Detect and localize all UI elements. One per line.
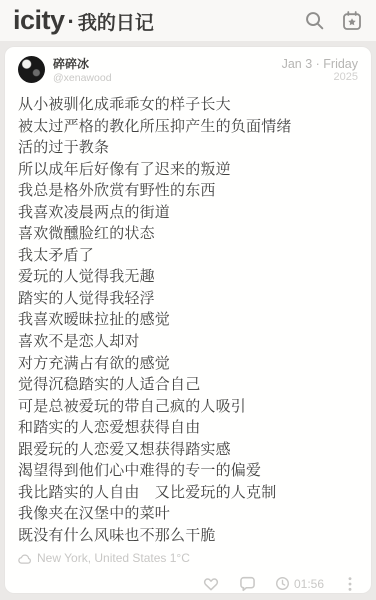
brand: icity · 我的日记 bbox=[13, 7, 154, 34]
author-block: 碎碎冰 @xenawood bbox=[53, 56, 112, 84]
search-icon[interactable] bbox=[304, 10, 325, 31]
action-bar: 01:56 bbox=[5, 575, 371, 592]
comment-bubble-icon[interactable] bbox=[239, 575, 256, 592]
app: icity · 我的日记 碎碎冰 @xenawood bbox=[0, 0, 376, 600]
heart-icon[interactable] bbox=[202, 575, 220, 592]
post-date: Jan 3 · Friday bbox=[282, 57, 358, 71]
author-name[interactable]: 碎碎冰 bbox=[53, 57, 112, 71]
location-row: New York, United States 1°C bbox=[5, 551, 371, 566]
author-handle[interactable]: @xenawood bbox=[53, 72, 112, 84]
app-logo: icity bbox=[13, 7, 65, 34]
time-label: 01:56 bbox=[294, 578, 324, 590]
post-year: 2025 bbox=[282, 71, 358, 83]
brand-separator: · bbox=[68, 11, 75, 33]
location-text: New York, United States 1°C bbox=[37, 551, 190, 566]
avatar[interactable] bbox=[18, 56, 45, 83]
diary-card: 碎碎冰 @xenawood Jan 3 · Friday 2025 从小被驯化成… bbox=[5, 47, 371, 593]
time-chip[interactable]: 01:56 bbox=[275, 576, 324, 591]
app-header: icity · 我的日记 bbox=[0, 0, 376, 41]
cloud-icon bbox=[18, 553, 32, 565]
more-dots-icon[interactable] bbox=[343, 576, 357, 592]
page-title: 我的日记 bbox=[78, 14, 154, 33]
topbar-actions bbox=[304, 10, 363, 32]
calendar-star-icon[interactable] bbox=[341, 10, 363, 32]
post-date-block: Jan 3 · Friday 2025 bbox=[282, 56, 358, 83]
post-header: 碎碎冰 @xenawood Jan 3 · Friday 2025 bbox=[5, 47, 371, 84]
diary-text: 从小被驯化成乖乖女的样子长大 被太过严格的教化所压抑产生的负面情绪 活的过于教条… bbox=[5, 94, 371, 546]
clock-icon bbox=[275, 576, 290, 591]
